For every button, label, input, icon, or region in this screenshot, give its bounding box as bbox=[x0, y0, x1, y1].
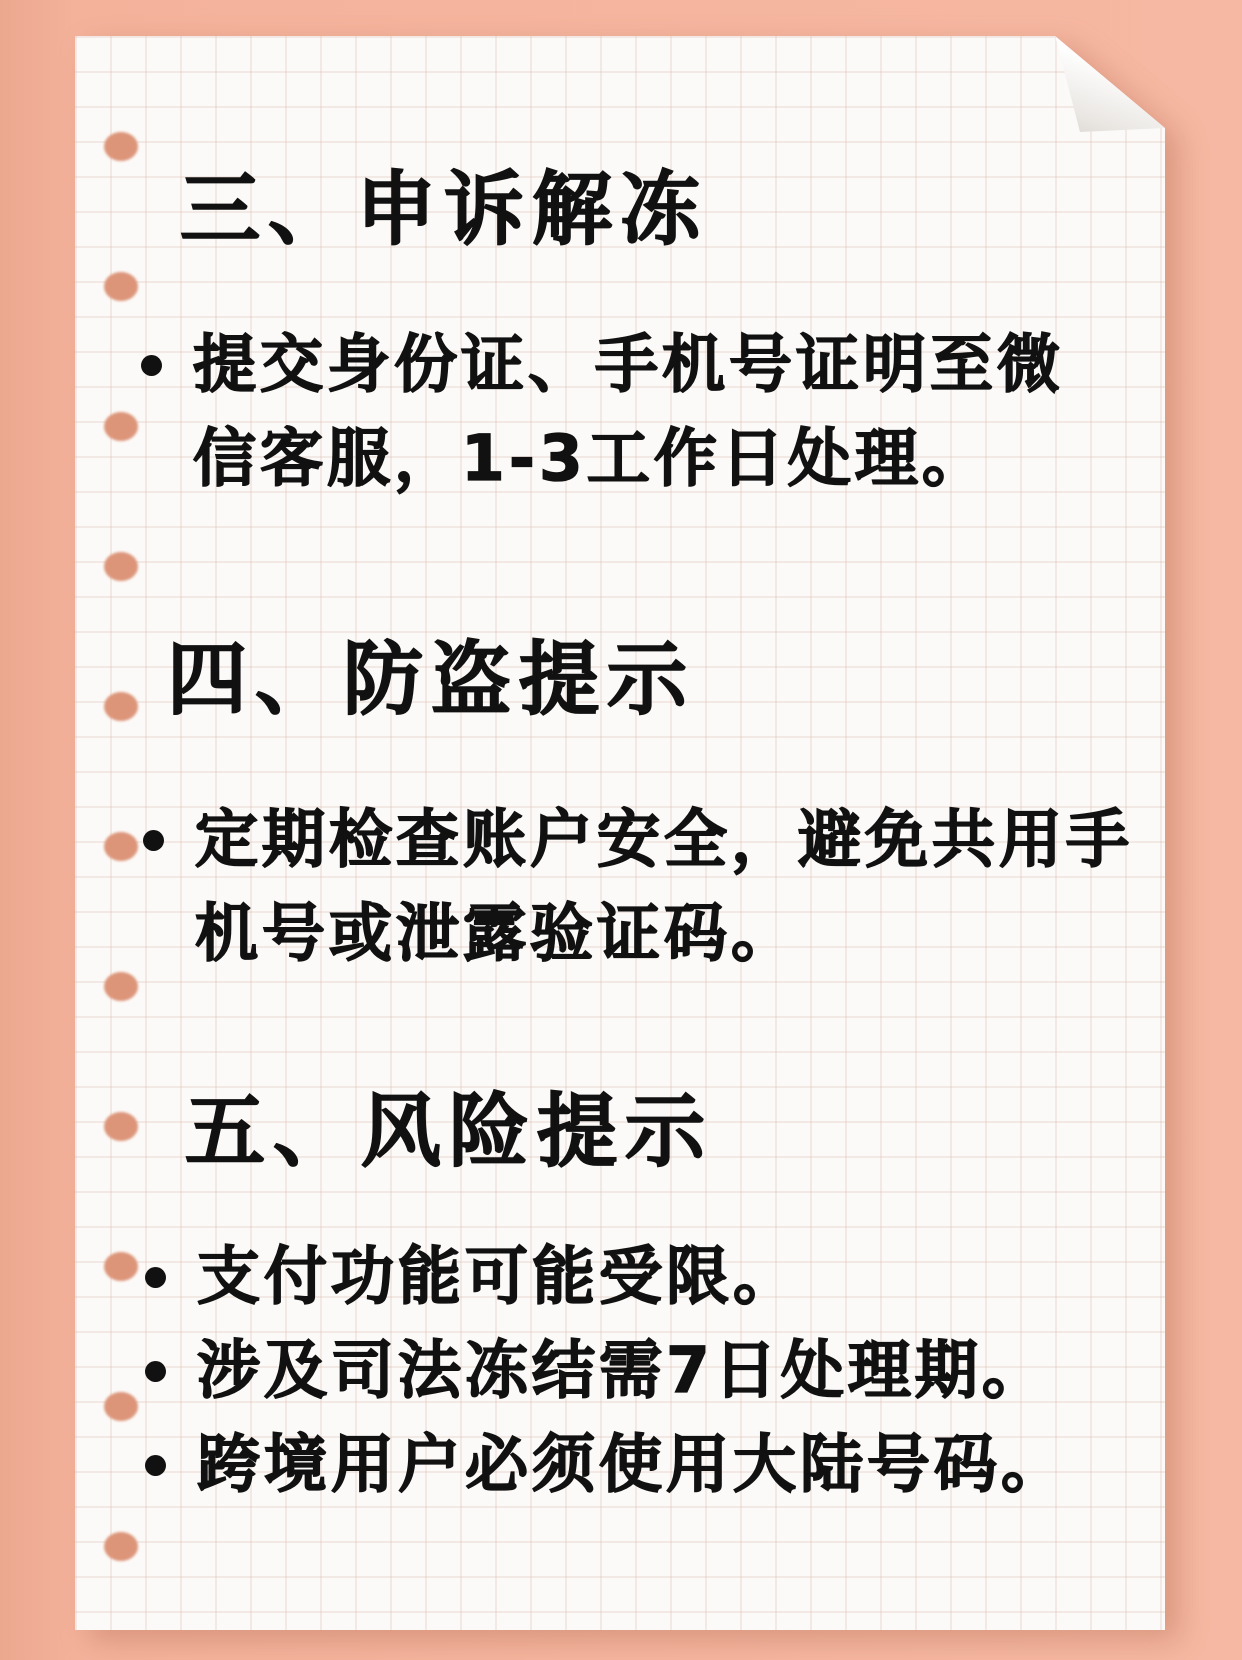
section-heading: 五、风险提示 bbox=[185, 1084, 713, 1180]
punch-holes bbox=[0, 0, 160, 1660]
punch-hole bbox=[104, 552, 138, 581]
punch-hole bbox=[104, 1112, 138, 1141]
bullet-list: 提交身份证、手机号证明至微信客服，1-3工作日处理。 bbox=[193, 318, 1093, 506]
paper-wrap: 三、申诉解冻 提交身份证、手机号证明至微信客服，1-3工作日处理。 四、防盗提示… bbox=[75, 36, 1165, 1630]
punch-hole bbox=[104, 132, 138, 161]
folded-corner bbox=[1053, 35, 1167, 135]
punch-hole bbox=[104, 272, 138, 301]
bullet-item: 涉及司法冻结需7日处理期。 bbox=[197, 1324, 1187, 1418]
section-heading: 三、申诉解冻 bbox=[180, 162, 708, 258]
bullet-text: 跨境用户必须使用大陆号码。 bbox=[197, 1428, 1068, 1501]
bullet-text: 定期检查账户安全，避免共用手机号或泄露验证码。 bbox=[195, 803, 1133, 970]
bullet-item: 定期检查账户安全，避免共用手机号或泄露验证码。 bbox=[195, 793, 1155, 981]
page: 三、申诉解冻 提交身份证、手机号证明至微信客服，1-3工作日处理。 四、防盗提示… bbox=[0, 0, 1242, 1660]
bullet-item: 提交身份证、手机号证明至微信客服，1-3工作日处理。 bbox=[193, 318, 1093, 506]
bullet-item: 跨境用户必须使用大陆号码。 bbox=[197, 1418, 1187, 1512]
bullet-item: 支付功能可能受限。 bbox=[197, 1230, 1187, 1324]
section-heading: 四、防盗提示 bbox=[167, 632, 695, 728]
bullet-text: 支付功能可能受限。 bbox=[197, 1240, 800, 1313]
bullet-text: 提交身份证、手机号证明至微信客服，1-3工作日处理。 bbox=[193, 328, 1064, 495]
punch-hole bbox=[104, 972, 138, 1001]
bullet-list: 定期检查账户安全，避免共用手机号或泄露验证码。 bbox=[195, 793, 1155, 981]
punch-hole bbox=[104, 1252, 138, 1281]
punch-hole bbox=[104, 692, 138, 721]
punch-hole bbox=[104, 832, 138, 861]
bullet-list: 支付功能可能受限。 涉及司法冻结需7日处理期。 跨境用户必须使用大陆号码。 bbox=[197, 1230, 1187, 1512]
punch-hole bbox=[104, 1532, 138, 1561]
punch-hole bbox=[104, 412, 138, 441]
punch-hole bbox=[104, 1392, 138, 1421]
bullet-text: 涉及司法冻结需7日处理期。 bbox=[197, 1334, 1049, 1407]
notebook-paper: 三、申诉解冻 提交身份证、手机号证明至微信客服，1-3工作日处理。 四、防盗提示… bbox=[75, 36, 1165, 1630]
